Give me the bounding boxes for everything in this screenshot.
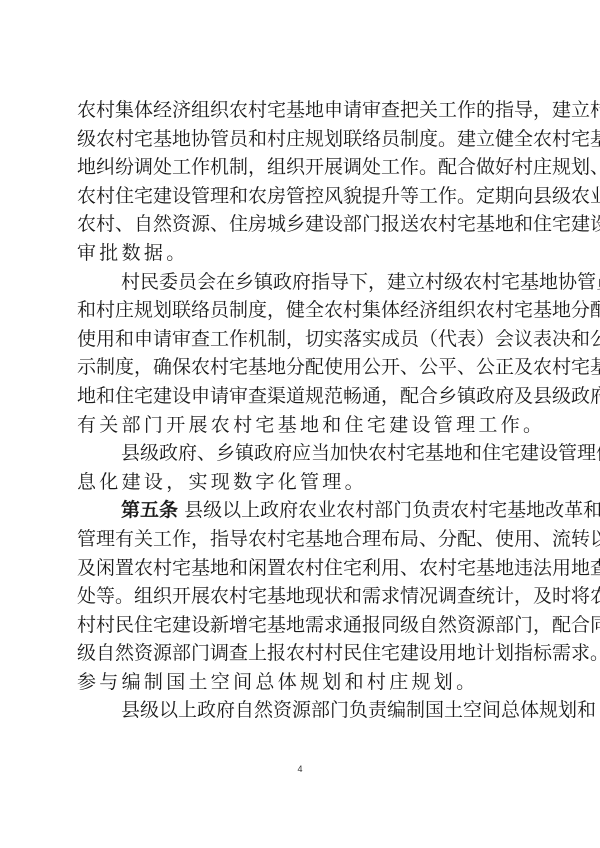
text-line: 示制度，确保农村宅基地分配使用公开、公平、公正及农村宅基 (77, 353, 523, 382)
text-line: 管理有关工作，指导农村宅基地合理布局、分配、使用、流转以 (77, 525, 523, 554)
paragraph-start: 村民委员会在乡镇政府指导下，建立村级农村宅基地协管员 (77, 268, 523, 297)
text-line: 农村住宅建设管理和农房管控风貌提升等工作。定期向县级农业 (77, 182, 523, 211)
text-line: 级自然资源部门调查上报农村村民住宅建设用地计划指标需求。 (77, 639, 523, 668)
text-line: 级农村宅基地协管员和村庄规划联络员制度。建立健全农村宅基 (77, 125, 523, 154)
article-heading: 第五条 (121, 499, 178, 521)
article-text: 县级以上政府农业农村部门负责农村宅基地改革和 (184, 499, 600, 521)
text-line: 地和住宅建设申请审查渠道规范畅通，配合乡镇政府及县级政府 (77, 382, 523, 411)
text-line: 有关部门开展农村宅基地和住宅建设管理工作。 (77, 411, 523, 440)
document-body: 农村集体经济组织农村宅基地申请审查把关工作的指导，建立村 级农村宅基地协管员和村… (77, 96, 523, 725)
text-line: 及闲置农村宅基地和闲置农村住宅利用、农村宅基地违法用地查 (77, 554, 523, 583)
text-line: 农村、自然资源、住房城乡建设部门报送农村宅基地和住宅建设 (77, 210, 523, 239)
text-line: 使用和申请审查工作机制，切实落实成员（代表）会议表决和公 (77, 325, 523, 354)
text-line: 农村集体经济组织农村宅基地申请审查把关工作的指导，建立村 (77, 96, 523, 125)
text-line: 地纠纷调处工作机制，组织开展调处工作。配合做好村庄规划、 (77, 153, 523, 182)
text-line: 和村庄规划联络员制度，健全农村集体经济组织农村宅基地分配 (77, 296, 523, 325)
article-five-start: 第五条 县级以上政府农业农村部门负责农村宅基地改革和 (77, 496, 523, 525)
text-line: 息化建设，实现数字化管理。 (77, 468, 523, 497)
page-number: 4 (0, 764, 600, 774)
text-line: 审批数据。 (77, 239, 523, 268)
text-line: 参与编制国土空间总体规划和村庄规划。 (77, 668, 523, 697)
paragraph-start: 县级以上政府自然资源部门负责编制国土空间总体规划和 (77, 696, 523, 725)
document-page: 农村集体经济组织农村宅基地申请审查把关工作的指导，建立村 级农村宅基地协管员和村… (0, 0, 600, 848)
text-line: 处等。组织开展农村宅基地现状和需求情况调查统计，及时将农 (77, 582, 523, 611)
text-line: 村村民住宅建设新增宅基地需求通报同级自然资源部门，配合同 (77, 611, 523, 640)
paragraph-start: 县级政府、乡镇政府应当加快农村宅基地和住宅建设管理信 (77, 439, 523, 468)
